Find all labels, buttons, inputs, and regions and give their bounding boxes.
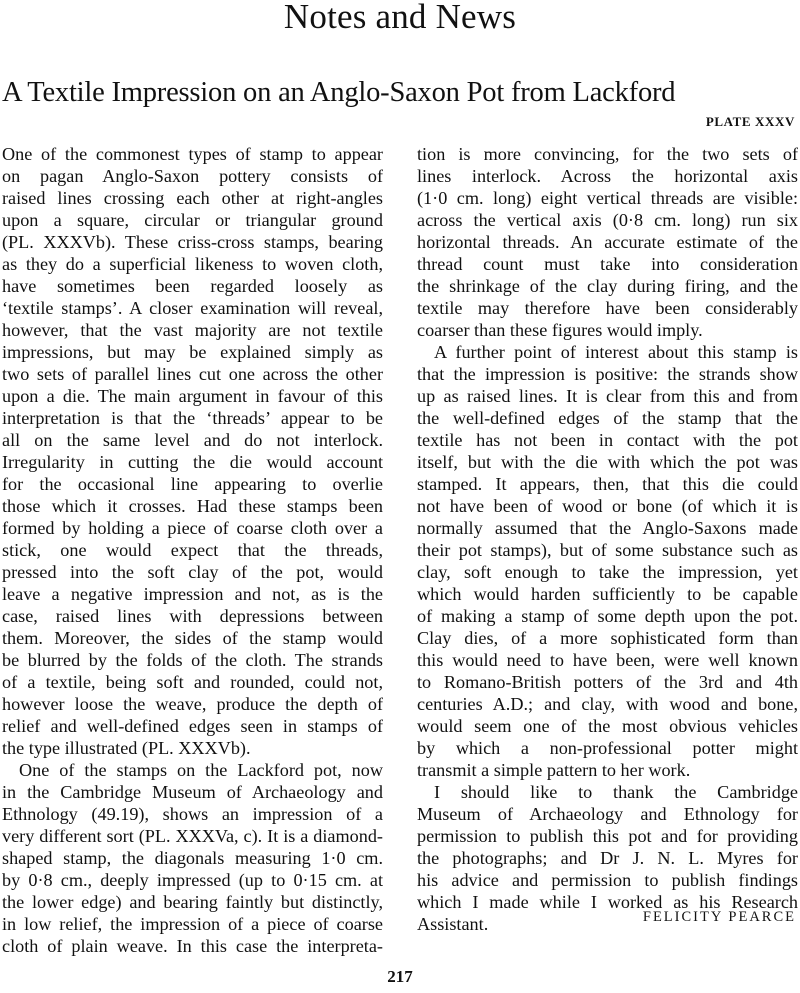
body-text-line: ‘textile stamps’. A closer examination w… — [2, 297, 383, 319]
body-text-line: One of the stamps on the Lackford pot, n… — [2, 759, 383, 781]
body-text-line: in low relief, the impression of a piece… — [2, 913, 383, 935]
body-text-line: however, that the vast majority are not … — [2, 319, 383, 341]
body-text-line: have sometimes been regarded loosely as — [2, 275, 383, 297]
body-text-line: would seem one of the most obvious vehic… — [417, 715, 798, 737]
body-text-line: horizontal threads. An accurate estimate… — [417, 231, 798, 253]
body-text-line: however loose the weave, produce the dep… — [2, 693, 383, 715]
body-text-line: stamped. It appears, then, that this die… — [417, 473, 798, 495]
body-text-line: them. Moreover, the sides of the stamp w… — [2, 627, 383, 649]
body-text-line: for the occasional line appearing to ove… — [2, 473, 383, 495]
body-text-line: not have been of wood or bone (of which … — [417, 495, 798, 517]
body-text-line: case, raised lines with depressions betw… — [2, 605, 383, 627]
body-text-line: shaped stamp, the diagonals measuring 1·… — [2, 847, 383, 869]
body-text-line: the lower edge) and bearing faintly but … — [2, 891, 383, 913]
body-text-line: formed by holding a piece of coarse clot… — [2, 517, 383, 539]
body-text-line: stick, one would expect that the threads… — [2, 539, 383, 561]
body-text-line: by which a non-professional potter might — [417, 737, 798, 759]
body-text-line: Irregularity in cutting the die would ac… — [2, 451, 383, 473]
body-text-line: clay, soft enough to take the impression… — [417, 561, 798, 583]
body-text-line: normally assumed that the Anglo-Saxons m… — [417, 517, 798, 539]
body-text-line: interpretation is that the ‘threads’ app… — [2, 407, 383, 429]
body-text-line: two sets of parallel lines cut one acros… — [2, 363, 383, 385]
body-text-line: raised lines crossing each other at righ… — [2, 187, 383, 209]
body-text-line: cloth of plain weave. In this case the i… — [2, 935, 383, 957]
body-text-line: I should like to thank the Cambridge — [417, 781, 798, 803]
body-text-line: all on the same level and do not interlo… — [2, 429, 383, 451]
body-text-line: of making a stamp of some depth upon the… — [417, 605, 798, 627]
body-text-line: transmit a simple pattern to her work. — [417, 759, 798, 781]
body-text-line: his advice and permission to publish fin… — [417, 869, 798, 891]
body-text-line: of a textile, being soft and rounded, co… — [2, 671, 383, 693]
body-text-line: that the impression is positive: the str… — [417, 363, 798, 385]
body-text-line: upon a die. The main argument in favour … — [2, 385, 383, 407]
body-text-line: by 0·8 cm., deeply impressed (up to 0·15… — [2, 869, 383, 891]
body-text-line: (1·0 cm. long) eight vertical threads ar… — [417, 187, 798, 209]
body-text-line: their pot stamps), but of some substance… — [417, 539, 798, 561]
body-text-line: this would need to have been, were well … — [417, 649, 798, 671]
body-text-line: permission to publish this pot and for p… — [417, 825, 798, 847]
body-text-line: textile may therefore have been consider… — [417, 297, 798, 319]
body-text-line: as they do a superficial likeness to wov… — [2, 253, 383, 275]
body-text-line: A further point of interest about this s… — [417, 341, 798, 363]
body-text-line: up as raised lines. It is clear from thi… — [417, 385, 798, 407]
body-text-line: the well-defined edges of the stamp that… — [417, 407, 798, 429]
body-text-line: coarser than these figures would imply. — [417, 319, 798, 341]
body-text-line: the photographs; and Dr J. N. L. Myres f… — [417, 847, 798, 869]
body-text-line: relief and well-defined edges seen in st… — [2, 715, 383, 737]
body-text-line: textile has not been in contact with the… — [417, 429, 798, 451]
body-text-line: on pagan Anglo-Saxon pottery consists of — [2, 165, 383, 187]
body-text-line: Clay dies, of a more sophisticated form … — [417, 627, 798, 649]
plate-reference: PLATE XXXV — [706, 114, 795, 130]
body-text-line: across the vertical axis (0·8 cm. long) … — [417, 209, 798, 231]
body-text-line: those which it crosses. Had these stamps… — [2, 495, 383, 517]
body-text-line: itself, but with the die with which the … — [417, 451, 798, 473]
body-text-line: (PL. XXXVb). These criss-cross stamps, b… — [2, 231, 383, 253]
body-text-line: Museum of Archaeology and Ethnology for — [417, 803, 798, 825]
body-text-line: lines interlock. Across the horizontal a… — [417, 165, 798, 187]
left-column: One of the commonest types of stamp to a… — [2, 143, 383, 957]
body-text-line: impressions, but may be explained simply… — [2, 341, 383, 363]
author-signature: FELICITY PEARCE — [643, 908, 796, 926]
page-number: 217 — [0, 967, 800, 987]
body-text-line: leave a negative impression and not, as … — [2, 583, 383, 605]
body-text-line: thread count must take into consideratio… — [417, 253, 798, 275]
body-text-line: Ethnology (49.19), shows an impression o… — [2, 803, 383, 825]
body-text-line: the type illustrated (PL. XXXVb). — [2, 737, 383, 759]
body-text-line: be blurred by the folds of the cloth. Th… — [2, 649, 383, 671]
body-text-line: to Romano-British potters of the 3rd and… — [417, 671, 798, 693]
body-text-line: very different sort (PL. XXXVa, c). It i… — [2, 825, 383, 847]
article-title: A Textile Impression on an Anglo-Saxon P… — [2, 76, 675, 110]
body-text-line: pressed into the soft clay of the pot, w… — [2, 561, 383, 583]
body-text-line: One of the commonest types of stamp to a… — [2, 143, 383, 165]
body-text-line: which would harden sufficiently to be ca… — [417, 583, 798, 605]
body-text-line: centuries A.D.; and clay, with wood and … — [417, 693, 798, 715]
right-column: tion is more convincing, for the two set… — [417, 143, 798, 935]
section-heading: Notes and News — [0, 0, 800, 38]
body-text-line: the shrinkage of the clay during firing,… — [417, 275, 798, 297]
body-text-line: upon a square, circular or triangular gr… — [2, 209, 383, 231]
body-text-line: tion is more convincing, for the two set… — [417, 143, 798, 165]
body-text-line: in the Cambridge Museum of Archaeology a… — [2, 781, 383, 803]
